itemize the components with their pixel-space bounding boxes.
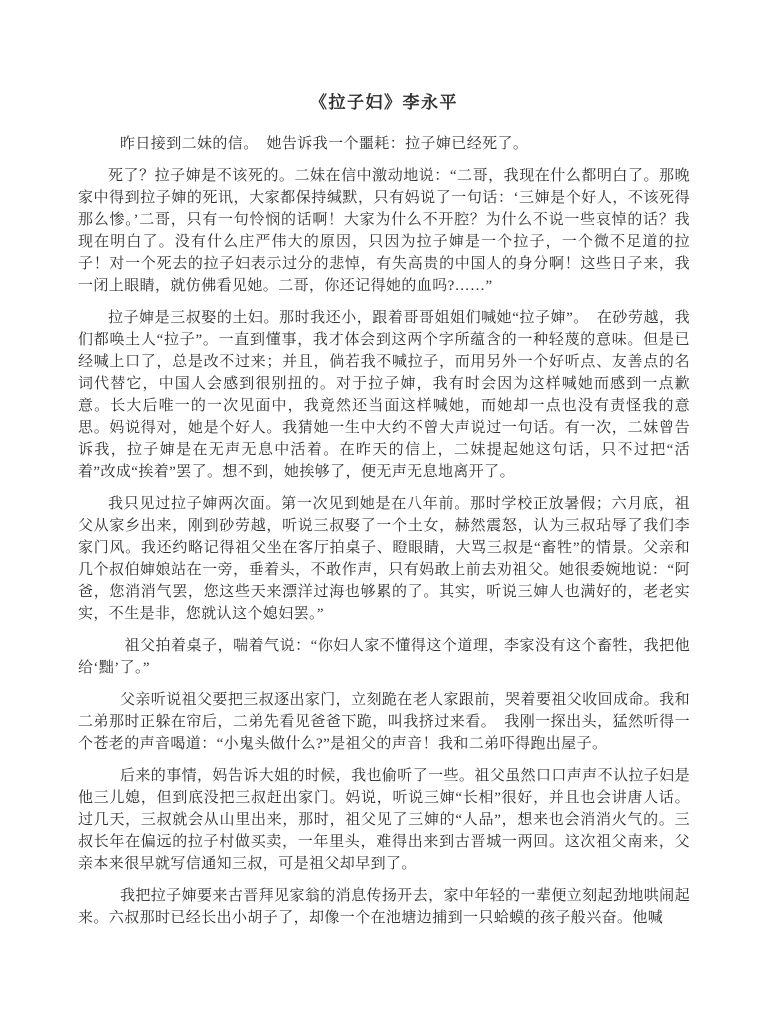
paragraph-8: 我把拉子婶要来古晋拜见家翁的消息传扬开去，家中年轻的一辈便立刻起劲地哄闹起来。六…: [78, 885, 690, 929]
paragraph-5: 祖父拍着桌子，喘着气说：“你妇人家不懂得这个道理，李家没有这个畜牲，我把他给‘黜…: [78, 635, 690, 679]
document-title: 《拉子妇》李永平: [78, 88, 690, 113]
paragraph-6: 父亲听说祖父要把三叔逐出家门，立刻跪在老人家跟前，哭着要祖父收回成命。我和二弟那…: [78, 689, 690, 755]
paragraph-2: 死了？拉子婶是不该死的。二妹在信中激动地说：“二哥，我现在什么都明白了。那晚家中…: [78, 165, 690, 297]
document-page: 《拉子妇》李永平 昨日接到二妹的信。 她告诉我一个噩耗：拉子婶已经死了。 死了？…: [0, 0, 768, 1024]
paragraph-1: 昨日接到二妹的信。 她告诉我一个噩耗：拉子婶已经死了。: [78, 133, 690, 155]
paragraph-7: 后来的事情，妈告诉大姐的时候，我也偷听了一些。祖父虽然口口声声不认拉子妇是他三儿…: [78, 765, 690, 875]
paragraph-4: 我只见过拉子婶两次面。第一次见到她是在八年前。那时学校正放暑假；六月底，祖父从家…: [78, 493, 690, 625]
paragraph-3: 拉子婶是三叔娶的土妇。那时我还小，跟着哥哥姐姐们喊她“拉子婶”。 在砂劳越，我们…: [78, 307, 690, 483]
